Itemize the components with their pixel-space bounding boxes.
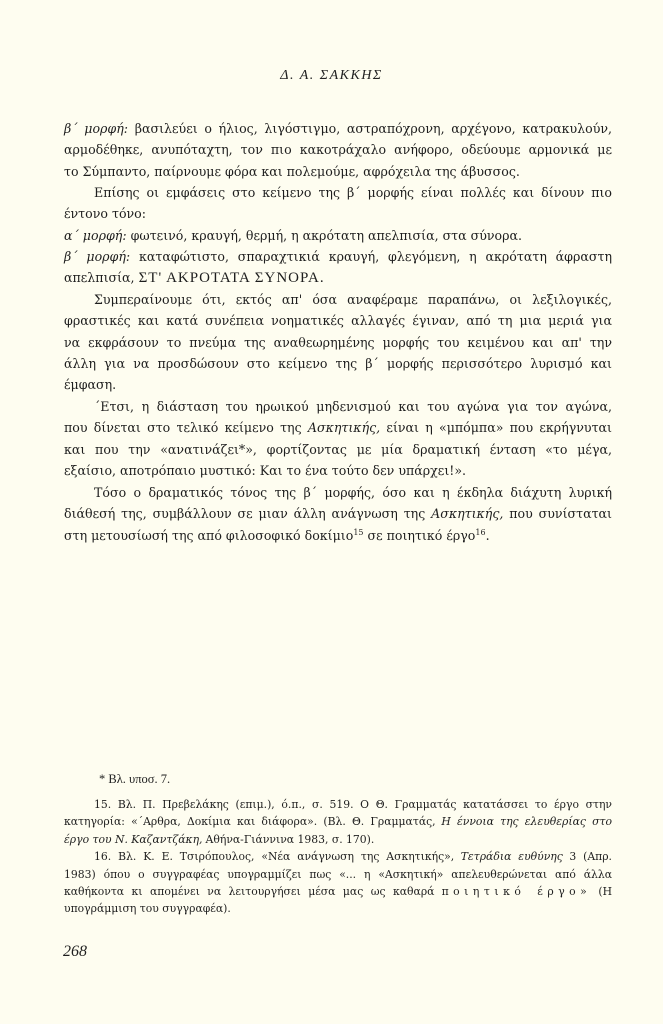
text-line: το Σύμπαντο, παίρνουμε φόρα και πολεμούμ… (64, 161, 612, 182)
text-span: που συνίσταται (509, 506, 612, 521)
footnote-16-line: καθήκοντα κι απομένει να λειτουργήσει μέ… (64, 883, 612, 900)
capitals-phrase: ΣΤ' ΑΚΡΟΤΑΤΑ ΣΥΝΟΡΑ. (139, 270, 325, 286)
text-line: και που την «ανατινάζει*», φορτίζοντας μ… (64, 439, 612, 460)
text-line: Επίσης οι εμφάσεις στο κείμενο της β΄ μο… (64, 182, 612, 203)
text-span: στη μετουσίωσή της από φιλοσοφικό δοκίμι… (64, 528, 353, 543)
text-span: σε ποιητικό έργο (364, 528, 476, 543)
paragraph-heroic-nihilism: ΄Ετσι, η διάσταση του ηρωικού μηδενισμού… (64, 396, 612, 481)
book-title: Η έννοια της ελευθερίας στο (441, 815, 612, 828)
text-span: φωτεινό, κραυγή, θερμή, η ακρότατη απελπ… (131, 228, 522, 243)
footnote-ref-16[interactable]: 16 (475, 528, 485, 537)
text-line: απελπισία, ΣΤ' ΑΚΡΟΤΑΤΑ ΣΥΝΟΡΑ. (64, 267, 612, 288)
text-span: απελπισία, (64, 270, 135, 285)
text-span: 15. Βλ. Π. Πρεβελάκης (επιμ.), ό.π., σ. … (94, 798, 612, 811)
text-line: έντονο τόνο: (64, 203, 612, 224)
paragraph-b-form-2: β΄ μορφή: καταφώτιστο, σπαραχτικιά κραυγ… (64, 246, 612, 289)
text-span: εξαίσιο, αποτρόπαιο μυστικό: (64, 463, 256, 478)
text-line: στη μετουσίωσή της από φιλοσοφικό δοκίμι… (64, 525, 612, 546)
text-span: . (486, 528, 490, 543)
text-span: που δίνεται στο τελικό κείμενο της (64, 420, 302, 435)
document-page: Δ. Α. ΣΑΚΚΗΣ β΄ μορφή: βασιλεύει ο ήλιος… (0, 0, 663, 1024)
text-line: διάθεσή της, συμβάλλουν σε μιαν άλλη ανά… (64, 503, 612, 524)
text-span: υπογράμμιση του συγγραφέα). (64, 902, 231, 915)
book-title: έργο του Ν. Καζαντζάκη, (64, 833, 202, 846)
paragraph-b-form-1: β΄ μορφή: βασιλεύει ο ήλιος, λιγόστιγμο,… (64, 118, 612, 182)
text-line: Τόσο ο δραματικός τόνος της β΄ μορφής, ό… (64, 482, 612, 503)
running-head-author: Δ. Α. ΣΑΚΚΗΣ (0, 68, 663, 84)
footnote-15-line: 15. Βλ. Π. Πρεβελάκης (επιμ.), ό.π., σ. … (64, 796, 612, 813)
text-span: διάθεσή της, συμβάλλουν σε μιαν άλλη ανά… (64, 506, 425, 521)
footnote-15-line: κατηγορία: «΄Αρθρα, Δοκίμια και διάφορα»… (64, 813, 612, 830)
quotation: Και το ένα τούτο δεν υπάρχει!». (260, 463, 466, 478)
text-line: ΄Ετσι, η διάσταση του ηρωικού μηδενισμού… (64, 396, 612, 417)
text-span: 1983) όπου ο συγγραφέας υπογραμμίζει πως… (64, 868, 612, 881)
text-line: αρμοδέθηκε, ανυπόταχτη, τον πιο κακοτράχ… (64, 139, 612, 160)
form-label: β΄ μορφή: (64, 121, 128, 136)
text-line: να εκφράσουν το πνεύμα της αναθεωρημένης… (64, 332, 612, 353)
text-span: (Η (598, 885, 612, 898)
asterisk-note: * Βλ. υποσ. 7. (99, 772, 170, 787)
text-line: Συμπεραίνουμε ότι, εκτός απ' όσα αναφέρα… (64, 289, 612, 310)
text-line: που δίνεται στο τελικό κείμενο της Ασκητ… (64, 417, 612, 438)
text-span: κατηγορία: «΄Αρθρα, Δοκίμια και διάφορα»… (64, 815, 436, 828)
text-line: β΄ μορφή: βασιλεύει ο ήλιος, λιγόστιγμο,… (64, 118, 612, 139)
footnotes: 15. Βλ. Π. Πρεβελάκης (επιμ.), ό.π., σ. … (64, 796, 612, 918)
paragraph-dramatic-tone: Τόσο ο δραματικός τόνος της β΄ μορφής, ό… (64, 482, 612, 546)
text-span: είναι η «μπόμπα» που εκρήγνυται (386, 420, 612, 435)
form-label: β΄ μορφή: (64, 249, 130, 264)
footnote-15-line: έργο του Ν. Καζαντζάκη, Αθήνα-Γιάννινα 1… (64, 831, 612, 848)
page-number: 268 (63, 943, 87, 961)
text-line: άλλη για να προσδώσουν στο κείμενο της β… (64, 353, 612, 374)
paragraph-conclusion: Συμπεραίνουμε ότι, εκτός απ' όσα αναφέρα… (64, 289, 612, 395)
paragraph-emphasis: Επίσης οι εμφάσεις στο κείμενο της β΄ μο… (64, 182, 612, 225)
text-span: 16. Βλ. Κ. Ε. Τσιρόπουλος, «Νέα ανάγνωση… (94, 850, 454, 863)
work-title: Ασκητικής, (431, 506, 503, 521)
text-span: βασιλεύει ο ήλιος, λιγόστιγμο, αστραπόχρ… (135, 121, 612, 136)
text-line: έμφαση. (64, 374, 612, 395)
text-line: β΄ μορφή: καταφώτιστο, σπαραχτικιά κραυγ… (64, 246, 612, 267)
footnote-16-line: 1983) όπου ο συγγραφέας υπογραμμίζει πως… (64, 866, 612, 883)
form-label: α΄ μορφή: (64, 228, 127, 243)
journal-title: Τετράδια ευθύνης (461, 850, 563, 863)
spaced-emphasis: ποιητικό έργο» (442, 885, 592, 898)
paragraph-a-form: α΄ μορφή: φωτεινό, κραυγή, θερμή, η ακρό… (64, 225, 612, 246)
text-span: καθήκοντα κι απομένει να λειτουργήσει μέ… (64, 885, 434, 898)
text-span: καταφώτιστο, σπαραχτικιά κραυγή, φλεγόμε… (139, 249, 612, 264)
text-line: φραστικές και κατά συνέπεια νοηματικές α… (64, 310, 612, 331)
text-span: 3 (Απρ. (569, 850, 612, 863)
footnote-16-line: 16. Βλ. Κ. Ε. Τσιρόπουλος, «Νέα ανάγνωση… (64, 848, 612, 865)
footnote-16-line: υπογράμμιση του συγγραφέα). (64, 900, 612, 917)
text-line: α΄ μορφή: φωτεινό, κραυγή, θερμή, η ακρό… (64, 225, 612, 246)
work-title: Ασκητικής, (308, 420, 380, 435)
text-span: Αθήνα-Γιάννινα 1983, σ. 170). (206, 833, 375, 846)
footnote-ref-15[interactable]: 15 (353, 528, 363, 537)
text-line: εξαίσιο, αποτρόπαιο μυστικό: Και το ένα … (64, 460, 612, 481)
